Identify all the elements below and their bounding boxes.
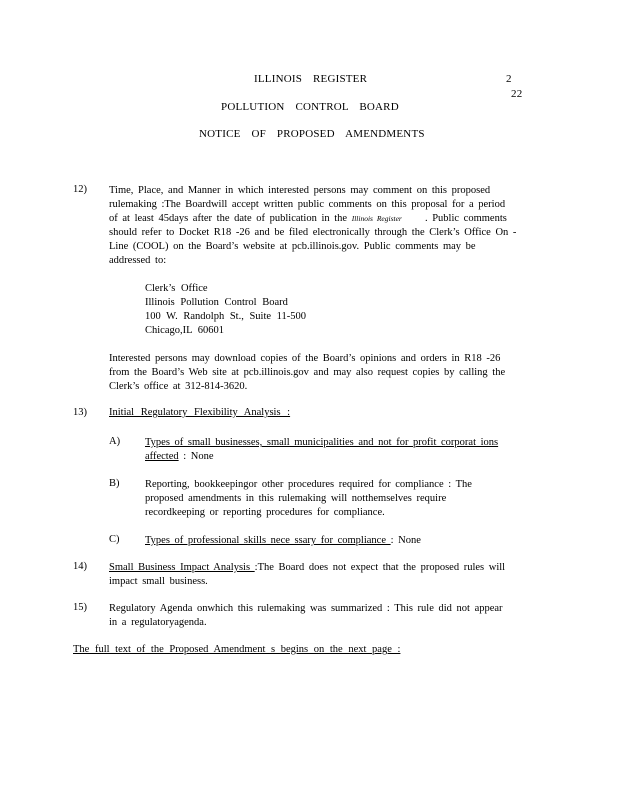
full-text-note: The full text of the Proposed Amendment … — [73, 644, 400, 655]
item-13-number: 13) — [73, 407, 87, 418]
download-line: from the Board’s Web site at pcb.illinoi… — [109, 366, 528, 380]
item-12-line: addressed to: — [109, 254, 528, 268]
item-15-number: 15) — [73, 602, 87, 613]
item-13-title: Initial Regulatory Flexibility Analysis … — [109, 407, 290, 418]
address-line: Clerk’s Office — [145, 282, 306, 296]
notice-title: NOTICE OF PROPOSED AMENDMENTS — [199, 128, 425, 140]
item-12-line: Time, Place, and Manner in which interes… — [109, 184, 528, 198]
item-14-body: Small Business Impact Analysis :The Boar… — [109, 561, 528, 589]
item-13c-body: Types of professional skills nece ssary … — [145, 534, 528, 548]
download-paragraph: Interested persons may download copies o… — [109, 352, 528, 394]
item-13a-body: Types of small businesses, small municip… — [145, 436, 528, 464]
item-13a-label: A) — [109, 436, 120, 447]
item-13b-label: B) — [109, 478, 120, 489]
address-line: 100 W. Randolph St., Suite 11-500 — [145, 310, 306, 324]
item-12-line: of at least 45days after the date of pub… — [109, 212, 528, 226]
page-number-bottom: 22 — [511, 88, 522, 100]
item-14-number: 14) — [73, 561, 87, 572]
agency-title: POLLUTION CONTROL BOARD — [221, 101, 399, 113]
item-12-line: should refer to Docket R18 -26 and be fi… — [109, 226, 528, 240]
item-12-line: rulemaking :The Boardwill accept written… — [109, 198, 528, 212]
item-12-body: Time, Place, and Manner in which interes… — [109, 184, 528, 268]
address-line: Illinois Pollution Control Board — [145, 296, 306, 310]
download-line: Interested persons may download copies o… — [109, 352, 528, 366]
download-line: Clerk’s office at 312-814-3620. — [109, 380, 528, 394]
item-13c-label: C) — [109, 534, 120, 545]
register-title: ILLINOIS REGISTER — [254, 73, 367, 85]
address-line: Chicago,IL 60601 — [145, 324, 306, 338]
item-15-body: Regulatory Agenda onwhich this rulemakin… — [109, 602, 528, 630]
item-12-number: 12) — [73, 184, 87, 195]
publication-name: Illinois Register — [352, 214, 402, 223]
item-12-line: Line (COOL) on the Board’s website at pc… — [109, 240, 528, 254]
item-13b-body: Reporting, bookkeepingor other procedure… — [145, 478, 528, 520]
page-number-top: 2 — [506, 73, 512, 85]
mailing-address: Clerk’s Office Illinois Pollution Contro… — [145, 282, 306, 338]
